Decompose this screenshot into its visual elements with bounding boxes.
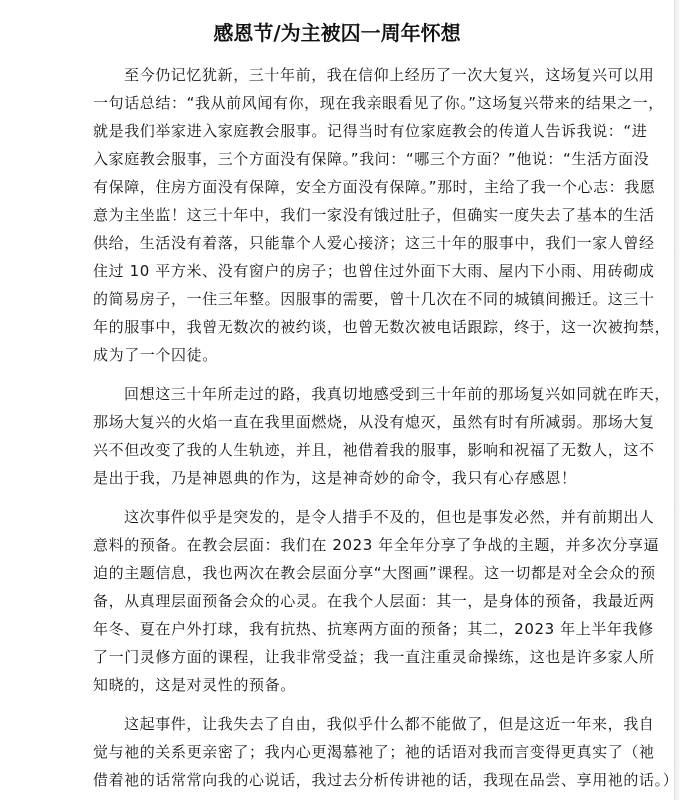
text-line: 一句话总结：“我从前风闻有你，现在我亲眼看见了你。”这场复兴带来的结果之一，	[93, 89, 585, 117]
text-line: 的简易房子，一住三年整。因服事的需要，曾十几次在不同的城镇间搬迁。这三十	[93, 285, 585, 313]
text-line: 知晓的，这是对灵性的预备。	[93, 671, 585, 699]
text-line: 迫的主题信息，我也两次在教会层面分享“大图画”课程。这一切都是对全会众的预	[93, 559, 585, 587]
text-line: 年冬、夏在户外打球，我有抗热、抗寒两方面的预备；其二，2023 年上半年我修	[93, 615, 585, 643]
text-line: 至今仍记忆犹新，三十年前，我在信仰上经历了一次大复兴，这场复兴可以用	[93, 61, 585, 89]
text-line: 就是我们举家进入家庭教会服事。记得当时有位家庭教会的传道人告诉我说：“进	[93, 117, 585, 145]
text-line: 这起事件，让我失去了自由，我似乎什么都不能做了，但是这近一年来，我自	[93, 710, 585, 738]
page-edge-divider	[674, 0, 680, 800]
text-line: 回想这三十年所走过的路，我真切地感受到三十年前的那场复兴如同就在昨天，	[93, 380, 585, 408]
document-page: 感恩节/为主被囚一周年怀想 至今仍记忆犹新，三十年前，我在信仰上经历了一次大复兴…	[0, 0, 674, 800]
document-body: 至今仍记忆犹新，三十年前，我在信仰上经历了一次大复兴，这场复兴可以用 一句话总结…	[93, 61, 585, 800]
text-line: 有保障，住房方面没有保障，安全方面没有保障。”那时，主给了我一个心志：我愿	[93, 173, 585, 201]
paragraph-1: 至今仍记忆犹新，三十年前，我在信仰上经历了一次大复兴，这场复兴可以用 一句话总结…	[93, 61, 585, 369]
text-line: 住过 10 平方米、没有窗户的房子；也曾住过外面下大雨、屋内下小雨、用砖砌成	[93, 257, 585, 285]
text-line: 了一门灵修方面的课程，让我非常受益；我一直注重灵命操练，这也是许多家人所	[93, 643, 585, 671]
text-line: 供给，生活没有着落，只能靠个人爱心接济；这三十年的服事中，我们一家人曾经	[93, 229, 585, 257]
text-line: 意为主坐监！这三十年中，我们一家没有饿过肚子，但确实一度失去了基本的生活	[93, 201, 585, 229]
text-line: 这次事件似乎是突发的，是令人措手不及的，但也是事发必然，并有前期出人	[93, 503, 585, 531]
text-line: 兴不但改变了我的人生轨迹，并且，祂借着我的服事，影响和祝福了无数人，这不	[93, 436, 585, 464]
text-line: 年的服事中，我曾无数次的被约谈，也曾无数次被电话跟踪，终于，这一次被拘禁，	[93, 313, 585, 341]
text-line: 意料的预备。在教会层面：我们在 2023 年全年分享了争战的主题，并多次分享逼	[93, 531, 585, 559]
text-line: 觉与祂的关系更亲密了；我内心更渴慕祂了；祂的话语对我而言变得更真实了（祂	[93, 738, 585, 766]
text-line: 是出于我，乃是神恩典的作为，这是神奇妙的命令，我只有心存感恩！	[93, 464, 585, 492]
text-line: 入家庭教会服事，三个方面没有保障。”我问：“哪三个方面？”他说：“生活方面没	[93, 145, 585, 173]
paragraph-3: 这次事件似乎是突发的，是令人措手不及的，但也是事发必然，并有前期出人 意料的预备…	[93, 503, 585, 699]
paragraph-4: 这起事件，让我失去了自由，我似乎什么都不能做了，但是这近一年来，我自 觉与祂的关…	[93, 710, 585, 794]
document-title: 感恩节/为主被囚一周年怀想	[0, 20, 674, 46]
text-line: 成为了一个囚徒。	[93, 341, 585, 369]
text-line: 那场大复兴的火焰一直在我里面燃烧，从没有熄灭，虽然有时有所减弱。那场大复	[93, 408, 585, 436]
paragraph-2: 回想这三十年所走过的路，我真切地感受到三十年前的那场复兴如同就在昨天， 那场大复…	[93, 380, 585, 492]
text-line: 借着祂的话常常向我的心说话，我过去分析传讲祂的话，我现在品尝、享用祂的话。）	[93, 766, 585, 794]
text-line: 备，从真理层面预备会众的心灵。在我个人层面：其一，是身体的预备，我最近两	[93, 587, 585, 615]
